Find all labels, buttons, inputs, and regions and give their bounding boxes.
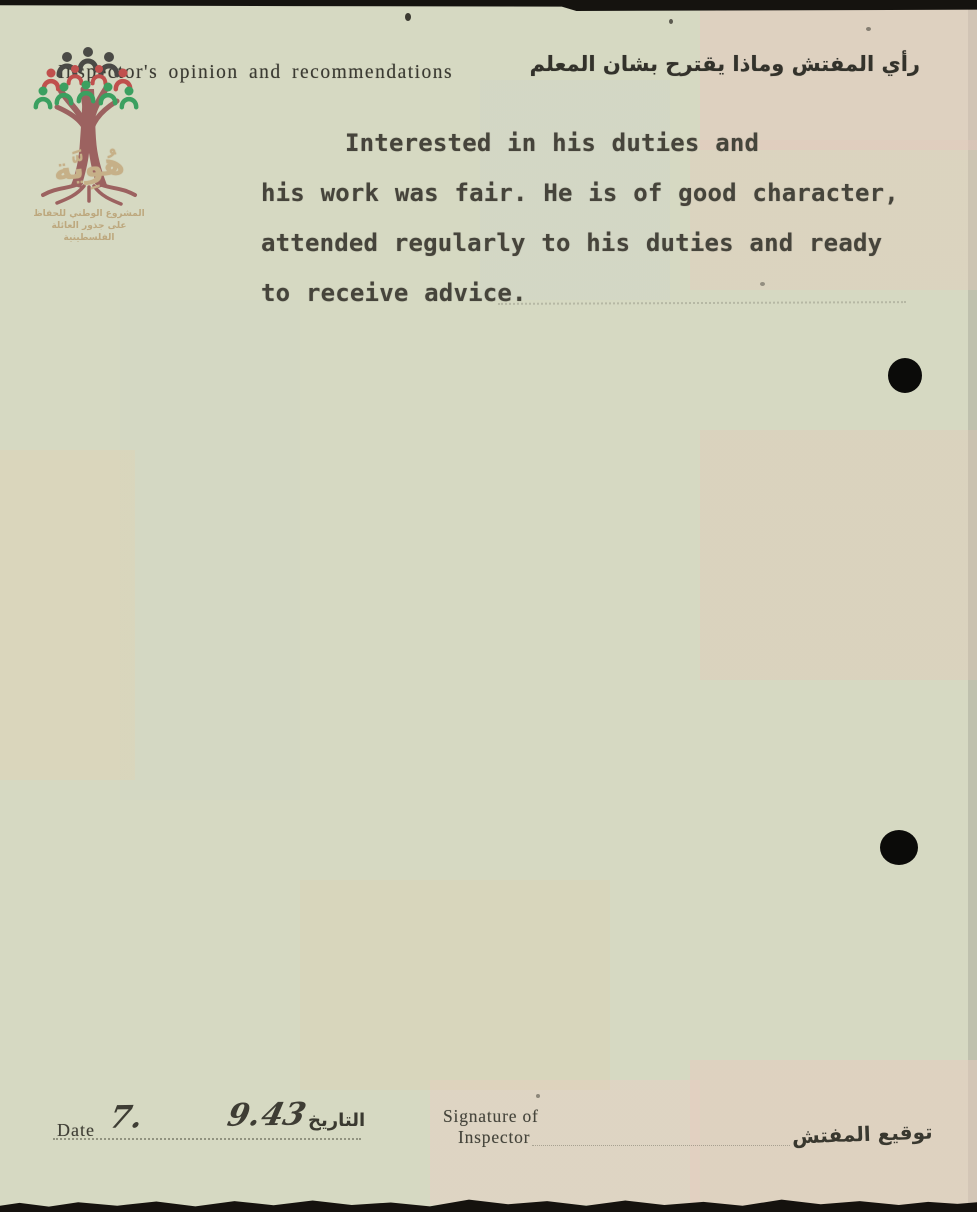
date-label-arabic: التاريخ: [308, 1110, 365, 1131]
section-title-arabic: رأي المفتش وماذا يقترح بشان المعلم: [530, 52, 920, 76]
scan-edge-bar-top: [0, 0, 977, 11]
remarks-line: Interested in his duties and: [261, 118, 921, 168]
remarks-line: to receive advice.: [261, 268, 921, 318]
handwritten-day: 7.: [106, 1099, 145, 1136]
signature-label-arabic: توقيع المفتش: [792, 1120, 933, 1149]
logo-tagline-arabic: المشروع الوطني للحفاظ على جذور العائلة ا…: [31, 208, 147, 244]
scan-edge-bar-bottom: [0, 1198, 977, 1212]
punch-hole-top: [888, 358, 922, 393]
inspector-remarks-text: Interested in his duties and his work wa…: [261, 118, 921, 318]
signature-dotted-line: [532, 1131, 790, 1146]
punch-hole-bottom: [880, 830, 918, 865]
signature-label-line1: Signature of: [443, 1106, 539, 1127]
handwritten-year: 43: [258, 1096, 309, 1133]
archive-watermark-logo: هُوِيَّة المشروع الوطني للحفاظ على جذور …: [31, 45, 147, 235]
ink-speck: [760, 282, 765, 286]
remarks-line: attended regularly to his duties and rea…: [261, 218, 921, 268]
signature-label-line2: Inspector: [458, 1127, 539, 1148]
signature-label-english: Signature of Inspector: [443, 1106, 539, 1148]
scanned-inspection-report-page: Inspector's opinion and recommendations …: [0, 0, 977, 1212]
ink-speck: [866, 27, 871, 31]
remarks-line: his work was fair. He is of good charact…: [261, 168, 921, 218]
ink-speck: [536, 1094, 540, 1098]
ink-speck: [669, 19, 673, 24]
ink-speck: [405, 13, 411, 21]
people-row-dark: [59, 47, 117, 75]
tree-of-people-icon: [31, 45, 147, 235]
handwritten-date: 7. 9. 43: [110, 1096, 321, 1142]
